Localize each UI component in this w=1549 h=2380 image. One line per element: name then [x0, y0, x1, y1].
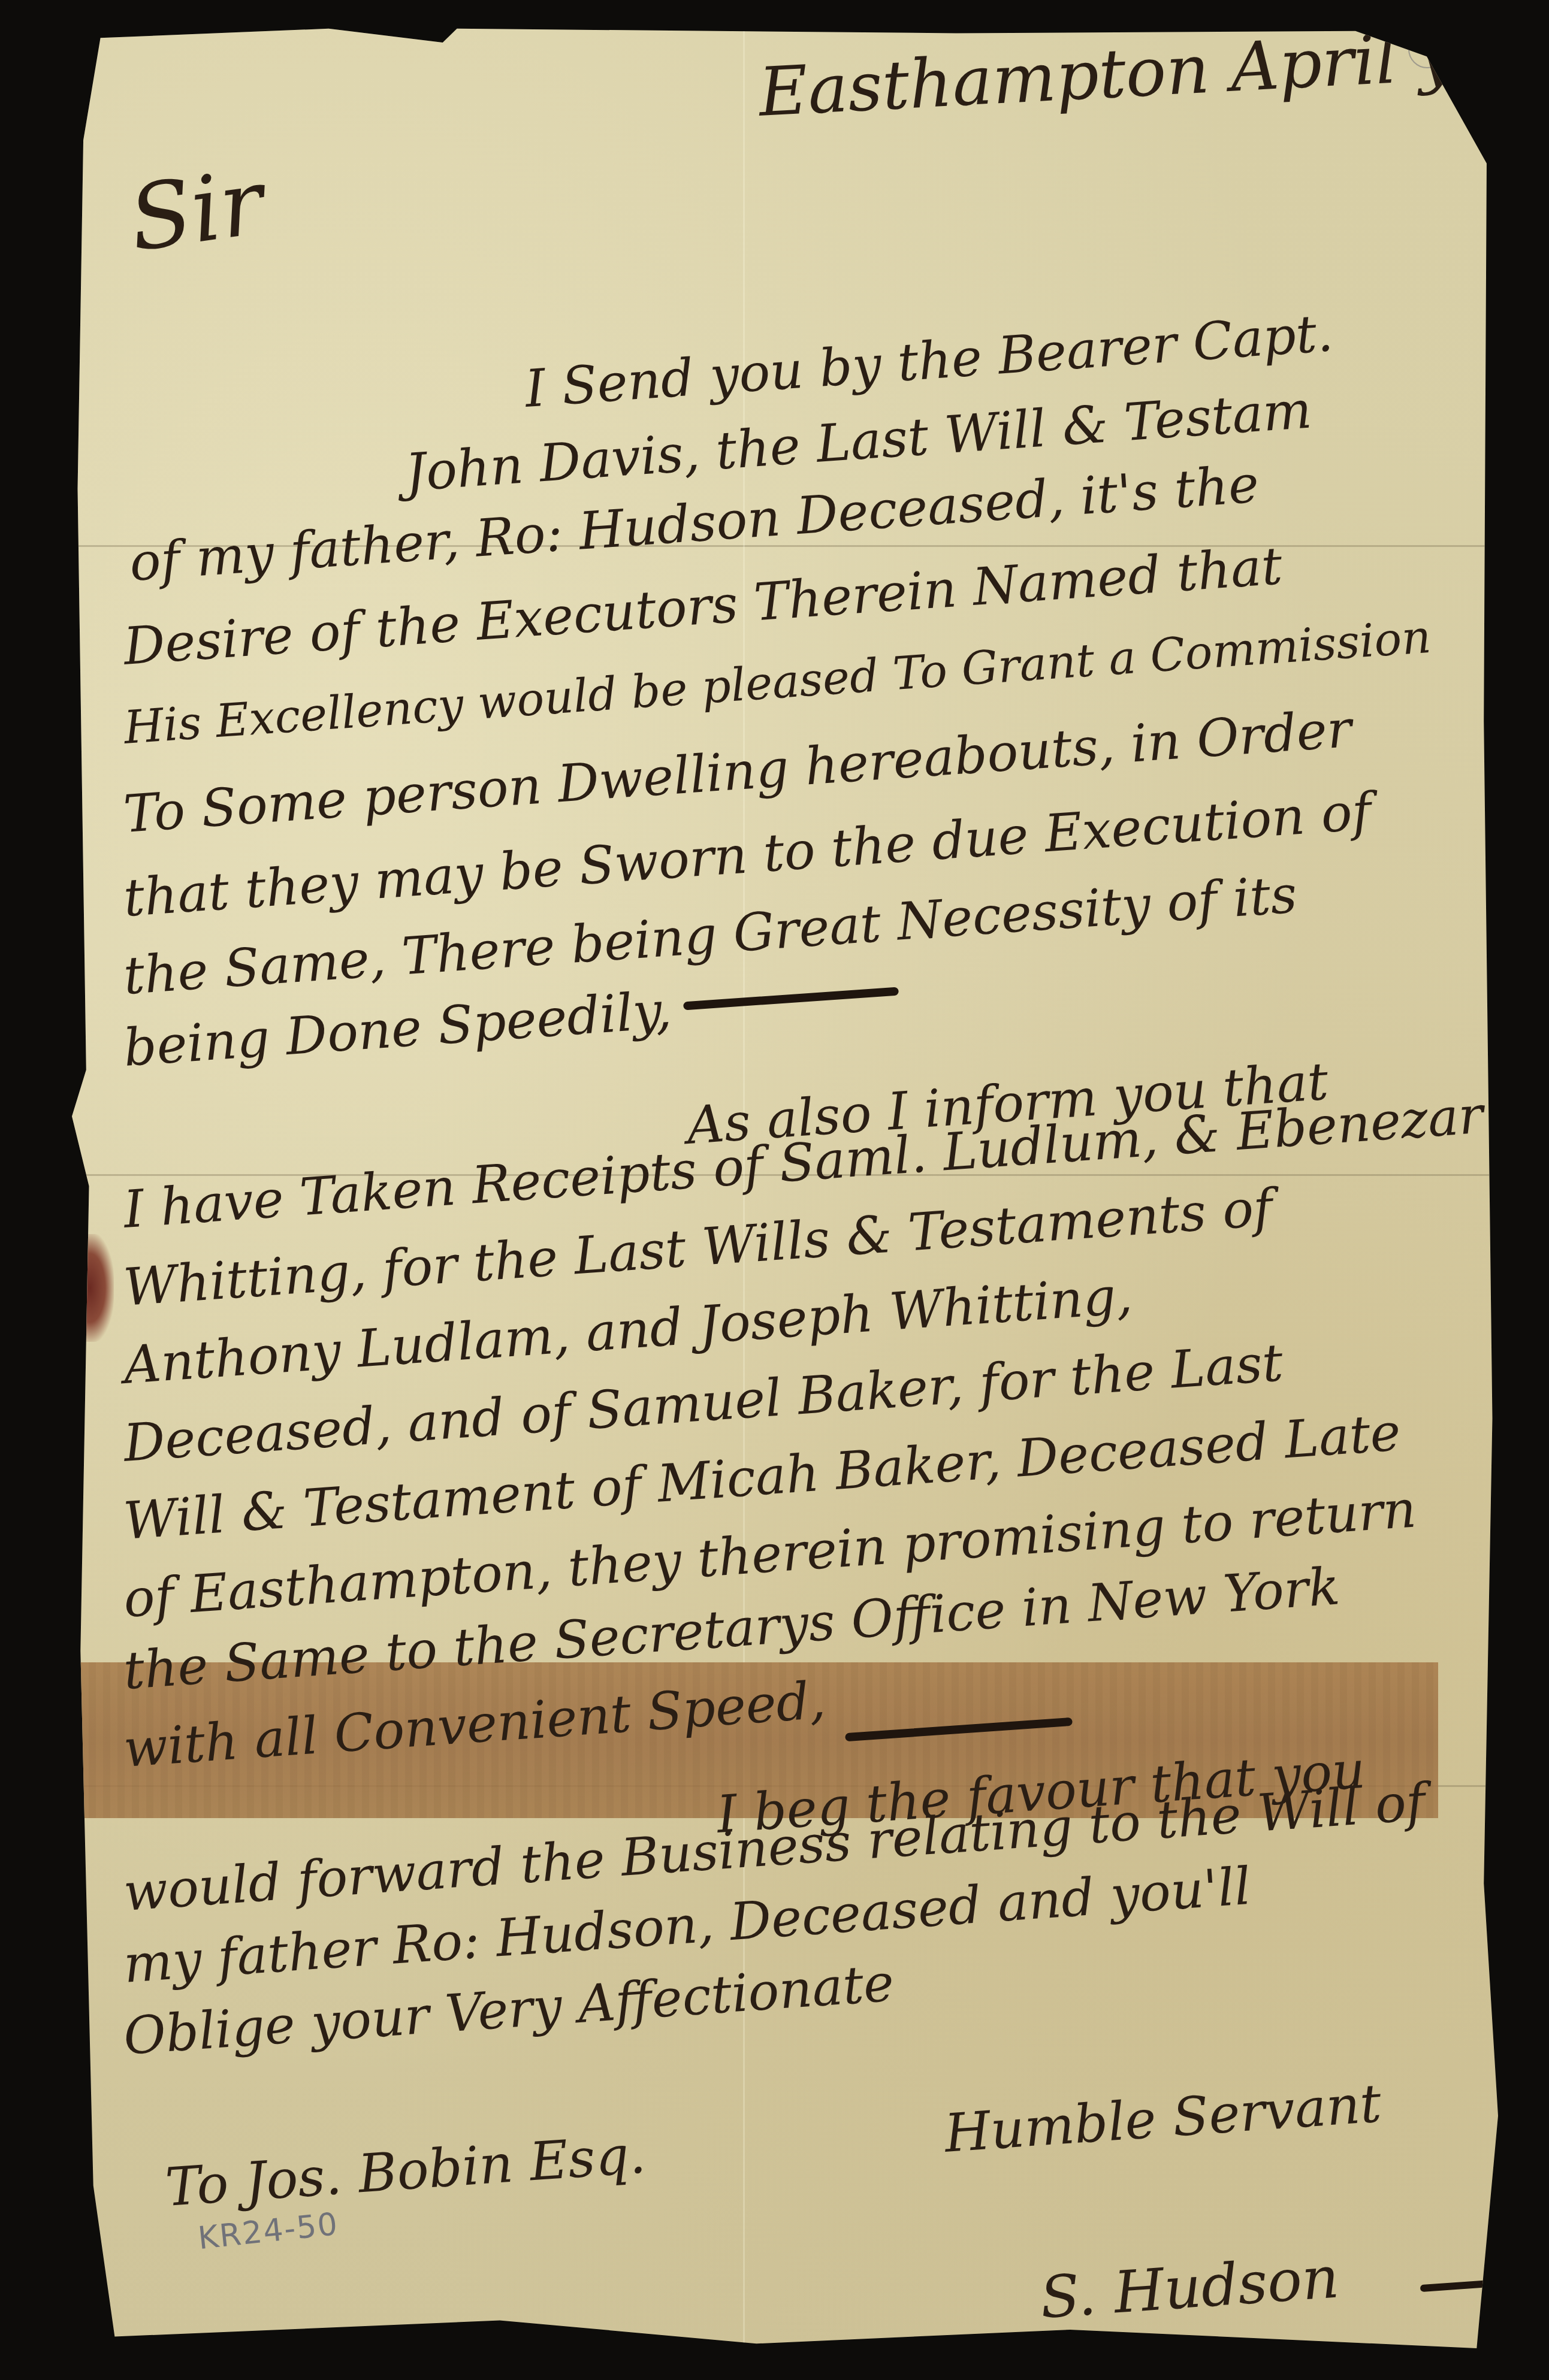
dateline: Easthampton April ye 21st 17	[757, 1, 1549, 132]
addressee: To Jos. Bobin Esq.	[164, 2123, 648, 2218]
salutation: Sir	[123, 150, 270, 272]
letter-paper: WS Easthampton April ye 21st 17 Sir I Se…	[72, 24, 1498, 2348]
seal-wax-stain	[66, 1234, 114, 1342]
flourish-line	[683, 987, 899, 1010]
closing: Humble Servant	[943, 2072, 1383, 2164]
signature: S. Hudson	[1038, 2243, 1341, 2331]
signature-flourish	[1420, 2280, 1493, 2292]
